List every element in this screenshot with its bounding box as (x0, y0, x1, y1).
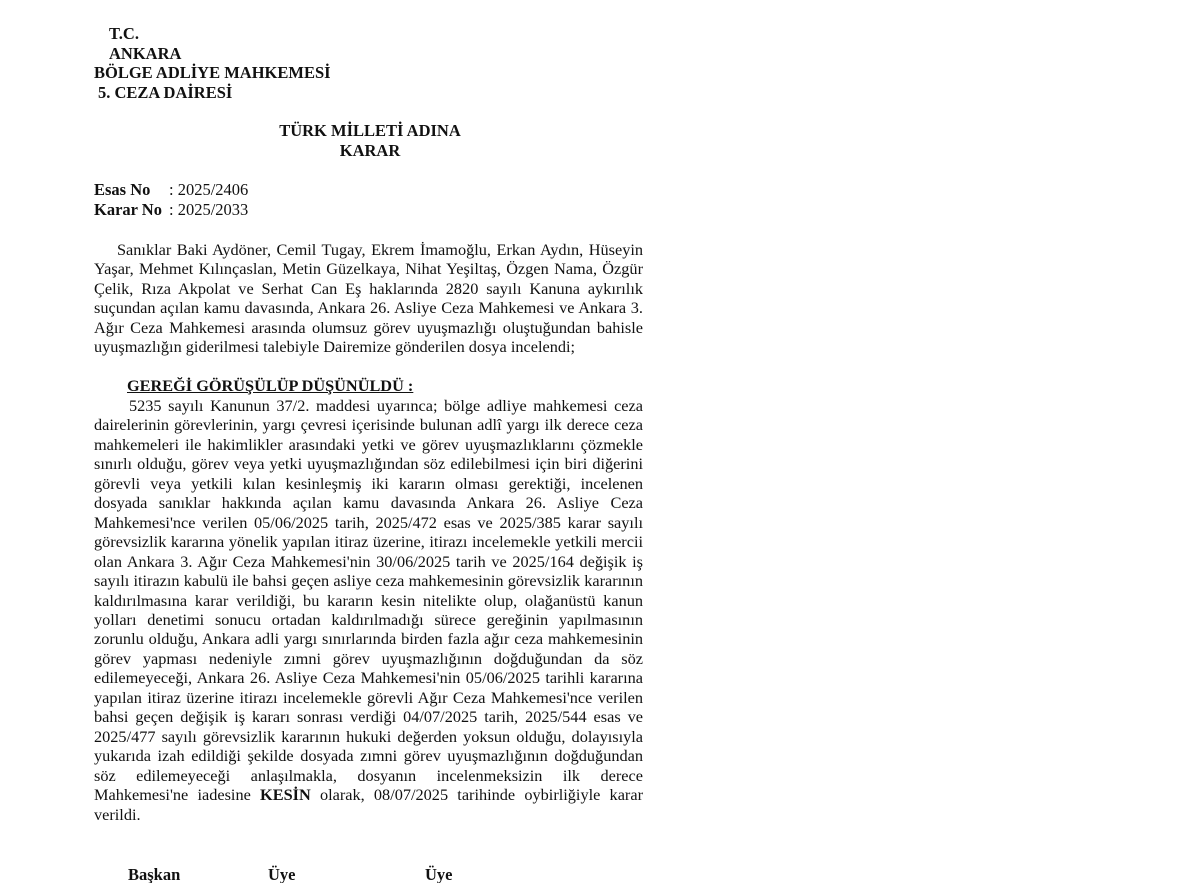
document-title: TÜRK MİLLETİ ADINA (270, 121, 470, 141)
document-subtitle: KARAR (270, 141, 470, 161)
header-city: ANKARA (109, 44, 181, 64)
karar-number: Karar No: 2025/2033 (94, 200, 248, 220)
signature-president: Başkan (128, 865, 180, 883)
reasoning-text: 5235 sayılı Kanunun 37/2. maddesi uyarın… (94, 396, 643, 804)
esas-value: : 2025/2406 (169, 180, 248, 199)
signature-member-1: Üye (268, 865, 296, 883)
header-chamber: 5. CEZA DAİRESİ (98, 83, 232, 103)
header-court: BÖLGE ADLİYE MAHKEMESİ (94, 63, 331, 83)
karar-label: Karar No (94, 200, 169, 220)
esas-number: Esas No: 2025/2406 (94, 180, 248, 200)
court-decision-page: T.C. ANKARA BÖLGE ADLİYE MAHKEMESİ 5. CE… (0, 0, 1200, 883)
esas-label: Esas No (94, 180, 169, 200)
section-heading: GEREĞİ GÖRÜŞÜLÜP DÜŞÜNÜLDÜ : (127, 376, 413, 396)
header-state: T.C. (109, 24, 139, 44)
karar-value: : 2025/2033 (169, 200, 248, 219)
paragraph-reasoning: 5235 sayılı Kanunun 37/2. maddesi uyarın… (94, 396, 643, 824)
final-emphasis: KESİN (260, 785, 311, 804)
paragraph-intro: Sanıklar Baki Aydöner, Cemil Tugay, Ekre… (94, 240, 643, 357)
signature-member-2: Üye (425, 865, 453, 883)
